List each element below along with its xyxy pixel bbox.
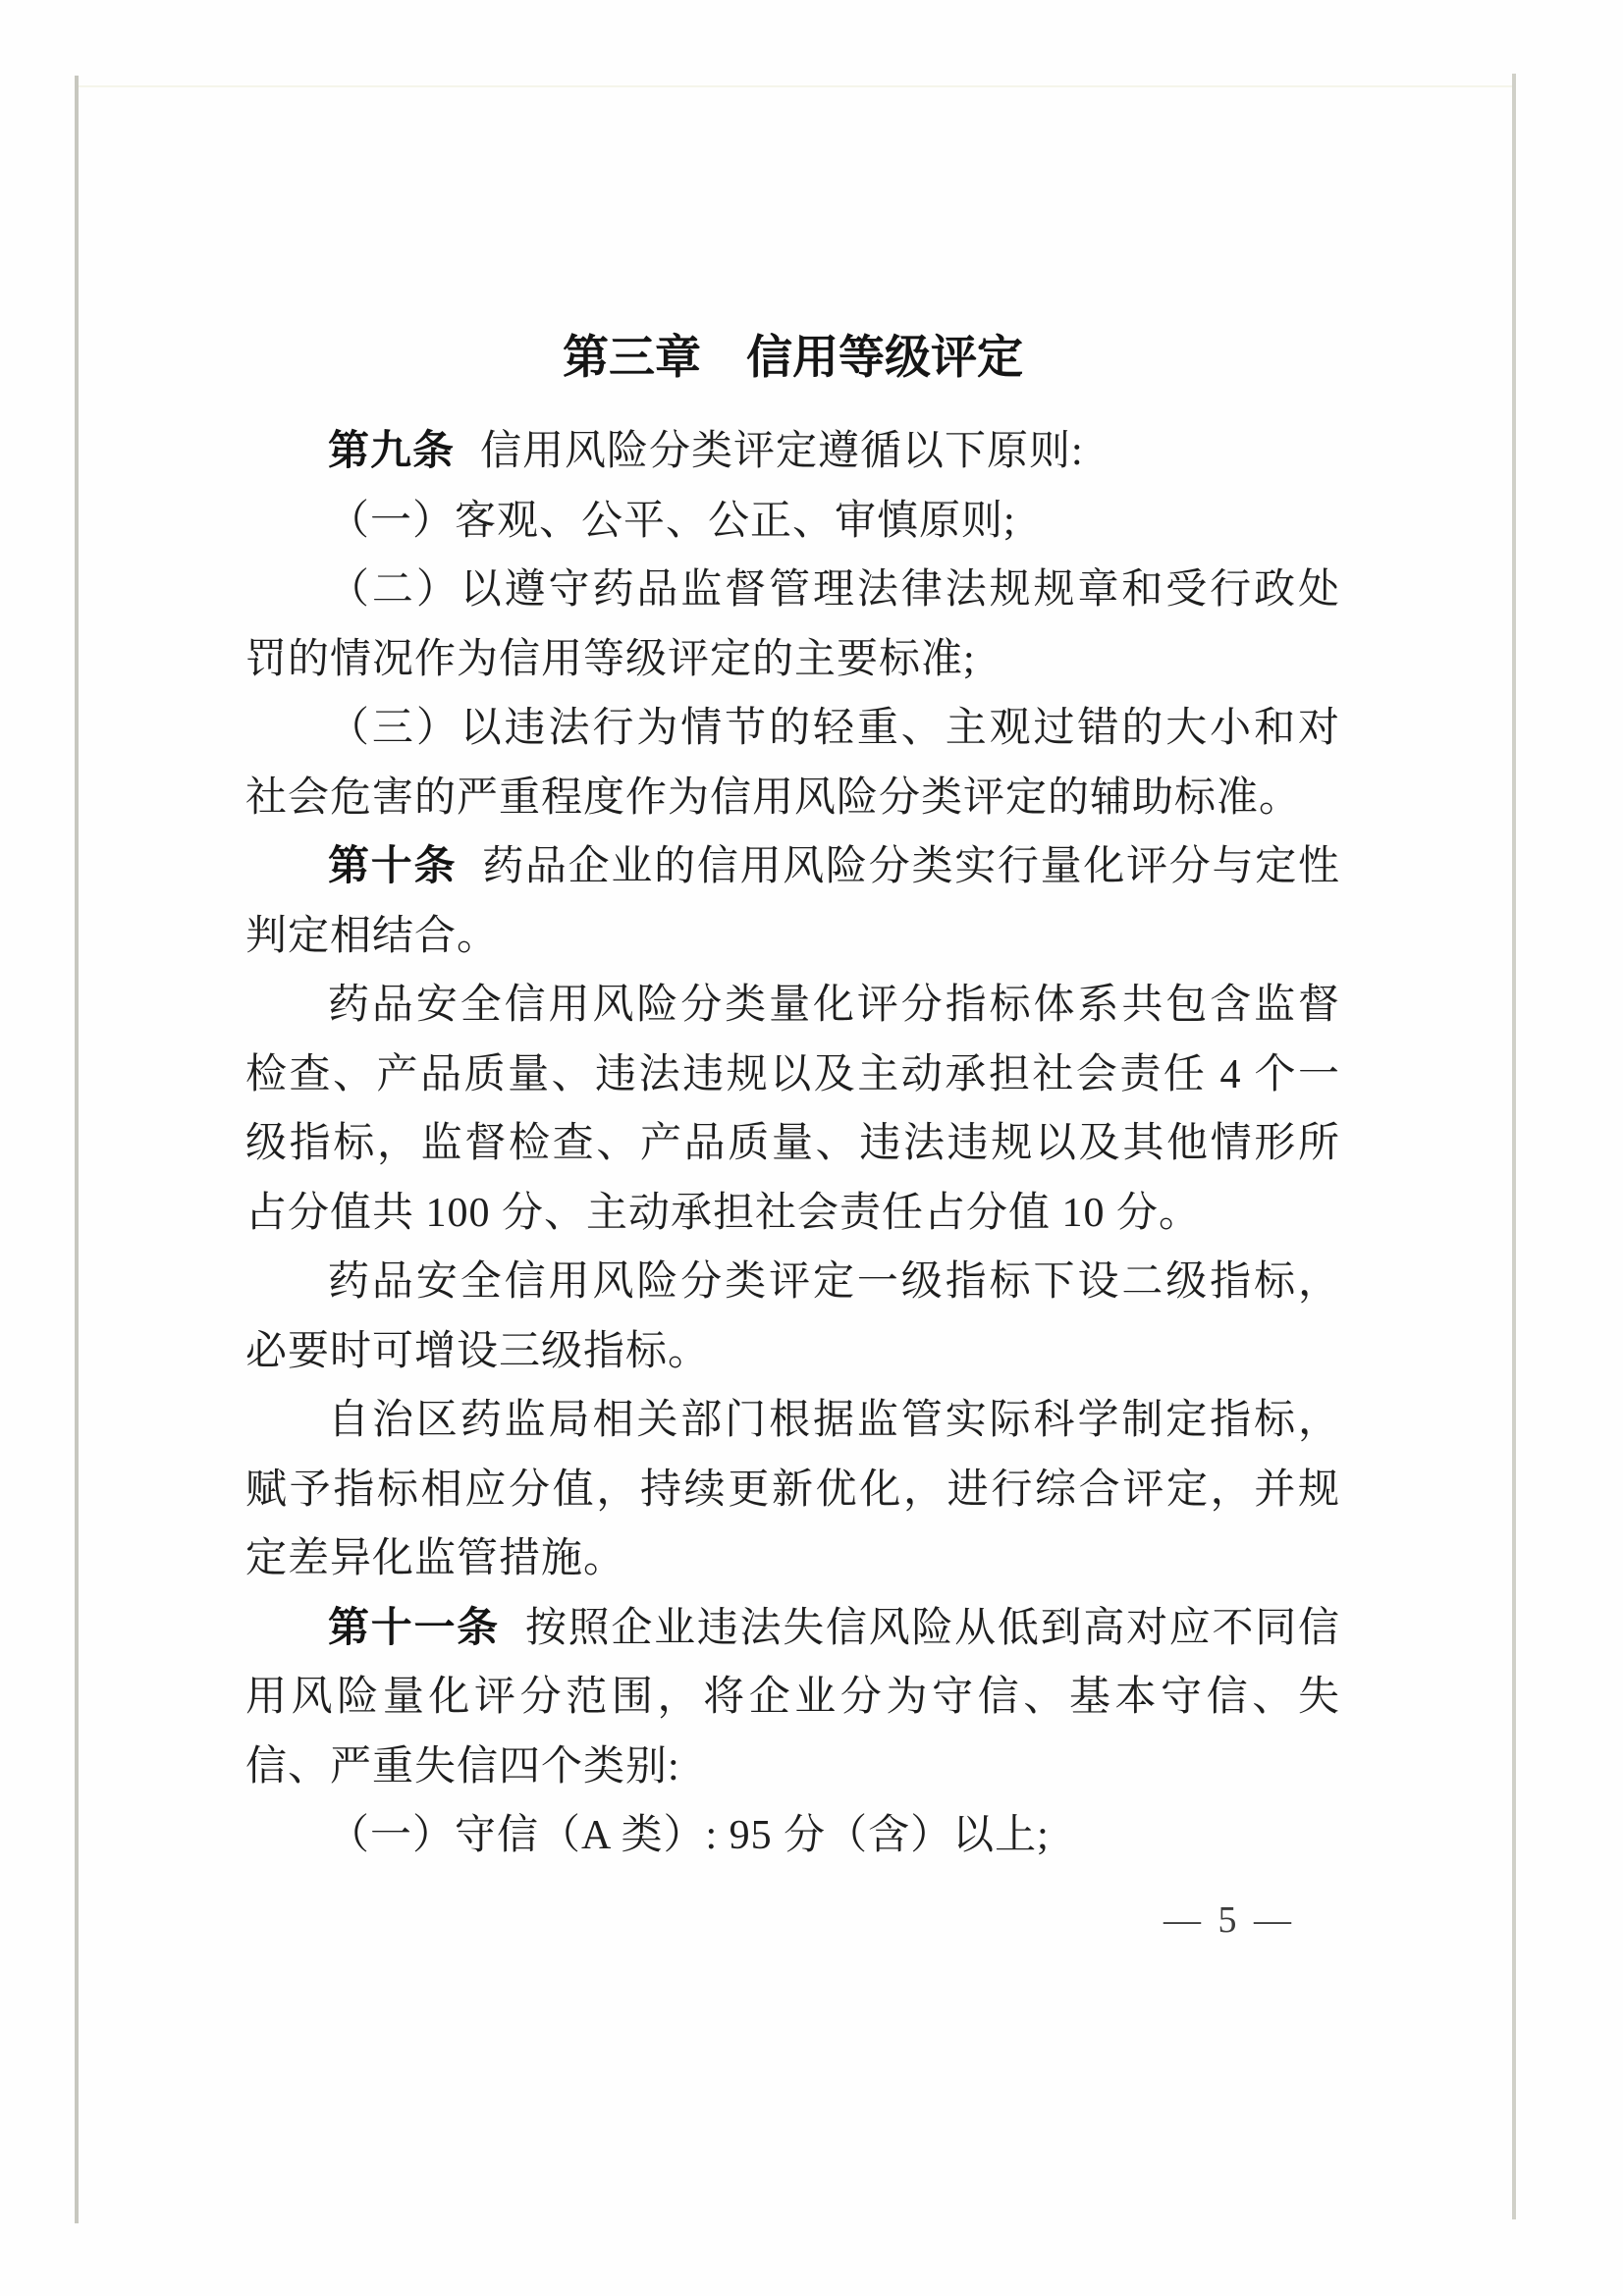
paragraph: （一）客观、公平、公正、审慎原则; <box>245 487 1340 557</box>
paragraph-text: （三）以违法行为情节的轻重、主观过错的大小和对社会危害的严重程度作为信用风险分类… <box>245 706 1340 821</box>
paragraph: （三）以违法行为情节的轻重、主观过错的大小和对社会危害的严重程度作为信用风险分类… <box>245 694 1340 832</box>
paragraph-text: 自治区药监局相关部门根据监管实际科学制定指标，赋予指标相应分值，持续更新优化，进… <box>245 1398 1340 1581</box>
paragraph: （二）以遵守药品监督管理法律法规规章和受行政处罚的情况作为信用等级评定的主要标准… <box>245 556 1340 694</box>
page-number: — 5 — <box>1163 1898 1295 1942</box>
paragraph: 自治区药监局相关部门根据监管实际科学制定指标，赋予指标相应分值，持续更新优化，进… <box>245 1386 1340 1594</box>
document-body: 第九条信用风险分类评定遵循以下原则:（一）客观、公平、公正、审慎原则;（二）以遵… <box>245 417 1340 1871</box>
paragraph: 第十一条按照企业违法失信风险从低到高对应不同信用风险量化评分范围，将企业分为守信… <box>245 1594 1340 1802</box>
paragraph-text: 信用风险分类评定遵循以下原则: <box>480 429 1084 474</box>
chapter-heading: 第三章信用等级评定 <box>245 324 1340 393</box>
paragraph-text: （一）客观、公平、公正、审慎原则; <box>328 499 1016 544</box>
paragraph-text: （一）守信（A 类）: 95 分（含）以上; <box>328 1813 1050 1858</box>
article-number: 第十条 <box>328 844 457 889</box>
paragraph-text: 药品安全信用风险分类评定一级指标下设二级指标，必要时可增设三级指标。 <box>245 1259 1340 1374</box>
paragraph: 第十条药品企业的信用风险分类实行量化评分与定性判定相结合。 <box>245 832 1340 971</box>
paragraph-text: 药品安全信用风险分类量化评分指标体系共包含监督检查、产品质量、违法违规以及主动承… <box>245 983 1340 1236</box>
paragraph: 药品安全信用风险分类评定一级指标下设二级指标，必要时可增设三级指标。 <box>245 1248 1340 1386</box>
paragraph-text: （二）以遵守药品监督管理法律法规规章和受行政处罚的情况作为信用等级评定的主要标准… <box>245 567 1340 682</box>
article-number: 第十一条 <box>328 1606 500 1651</box>
article-number: 第九条 <box>328 429 455 474</box>
page-edge-top <box>79 85 1512 87</box>
page-edge-right <box>1512 74 1516 2219</box>
paragraph: 第九条信用风险分类评定遵循以下原则: <box>245 417 1340 487</box>
chapter-title: 信用等级评定 <box>746 333 1023 384</box>
scan-page: 第三章信用等级评定 第九条信用风险分类评定遵循以下原则:（一）客观、公平、公正、… <box>0 0 1623 2296</box>
paragraph: （一）守信（A 类）: 95 分（含）以上; <box>245 1801 1340 1871</box>
paragraph: 药品安全信用风险分类量化评分指标体系共包含监督检查、产品质量、违法违规以及主动承… <box>245 971 1340 1248</box>
page-edge-left <box>75 76 79 2223</box>
chapter-number: 第三章 <box>563 333 701 384</box>
document-content: 第三章信用等级评定 第九条信用风险分类评定遵循以下原则:（一）客观、公平、公正、… <box>245 324 1340 1871</box>
